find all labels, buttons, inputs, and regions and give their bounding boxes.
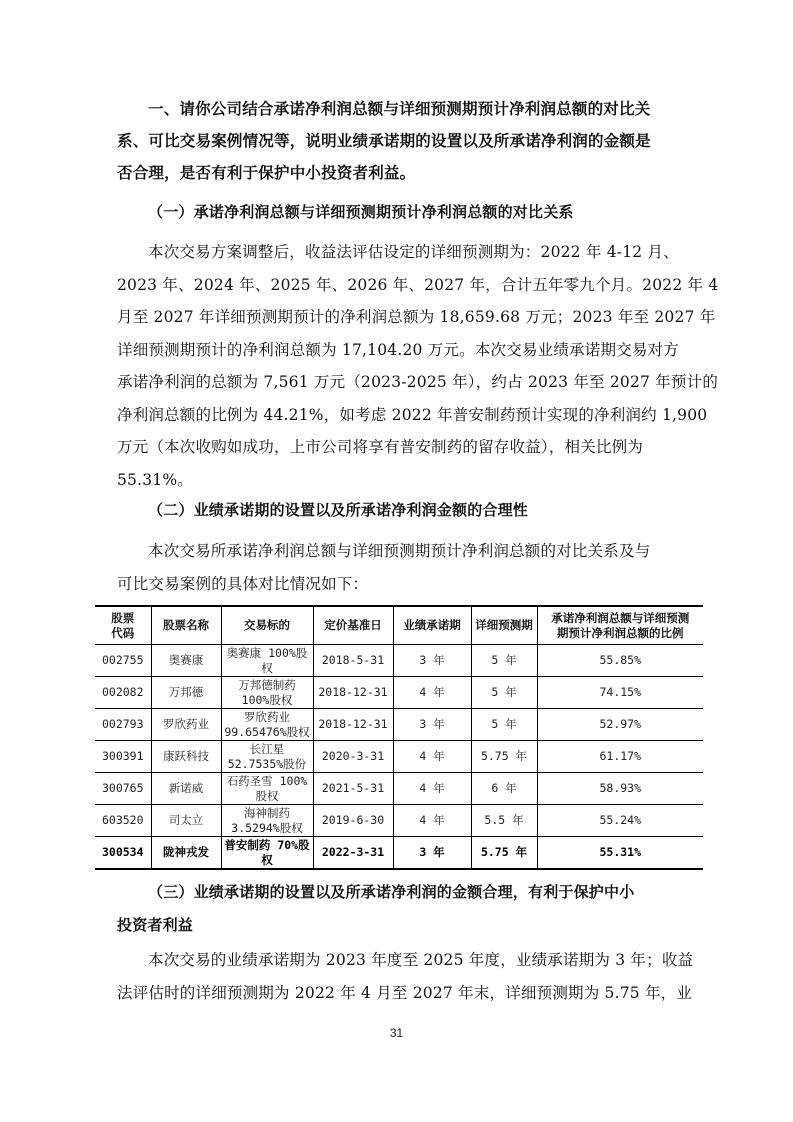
header-pricing-date: 定价基准日 (313, 606, 393, 645)
cell-ratio: 55.24% (537, 805, 703, 837)
cell-ratio: 52.97% (537, 709, 703, 741)
cell-name: 司太立 (151, 805, 221, 837)
cell-commit: 3 年 (393, 837, 471, 870)
cell-target: 长江星52.7535%股份 (221, 741, 313, 773)
document-page: 一、请你公司结合承诺净利润总额与详细预测期预计净利润总额的对比关 系、可比交易案… (0, 0, 793, 1122)
cell-target: 万邦德制药100%股权 (221, 677, 313, 709)
cell-name: 罗欣药业 (151, 709, 221, 741)
table-row: 300391 康跃科技 长江星52.7535%股份 2020-3-31 4 年 … (95, 741, 703, 773)
cell-target: 罗欣药业99.65476%股权 (221, 709, 313, 741)
cell-forecast: 5 年 (471, 709, 537, 741)
cell-commit: 4 年 (393, 773, 471, 805)
comparison-table: 股票代码 股票名称 交易标的 定价基准日 业绩承诺期 详细预测期 承诺净利润总额… (95, 605, 703, 870)
cell-target: 石药圣雪 100%股权 (221, 773, 313, 805)
question-line: 系、可比交易案例情况等，说明业绩承诺期的设置以及所承诺净利润的金额是 (117, 125, 677, 157)
question-line: 否合理，是否有利于保护中小投资者利益。 (117, 157, 677, 189)
table-row: 002793 罗欣药业 罗欣药业99.65476%股权 2018-12-31 3… (95, 709, 703, 741)
cell-target: 海神制药3.5294%股权 (221, 805, 313, 837)
cell-date: 2022-3-31 (313, 837, 393, 870)
cell-name: 康跃科技 (151, 741, 221, 773)
cell-ratio: 58.93% (537, 773, 703, 805)
cell-target: 奥赛康 100%股权 (221, 645, 313, 677)
page-number: 31 (0, 1026, 793, 1040)
table-row: 002082 万邦德 万邦德制药100%股权 2018-12-31 4 年 5 … (95, 677, 703, 709)
section-1-paragraph: 本次交易方案调整后，收益法评估设定的详细预测期为：2022 年 4-12 月、 … (117, 236, 677, 496)
table-row-current-deal: 300534 陇神戎发 普安制药 70%股权 2022-3-31 3 年 5.7… (95, 837, 703, 870)
table-row: 300765 新诺威 石药圣雪 100%股权 2021-5-31 4 年 6 年… (95, 773, 703, 805)
table-header-row: 股票代码 股票名称 交易标的 定价基准日 业绩承诺期 详细预测期 承诺净利润总额… (95, 606, 703, 645)
header-commit-period: 业绩承诺期 (393, 606, 471, 645)
section-2-paragraph: 本次交易所承诺净利润总额与详细预测期预计净利润总额的对比关系及与 可比交易案例的… (117, 535, 677, 600)
cell-date: 2021-5-31 (313, 773, 393, 805)
cell-forecast: 5 年 (471, 645, 537, 677)
cell-name: 陇神戎发 (151, 837, 221, 870)
cell-forecast: 5.75 年 (471, 741, 537, 773)
section-1-heading: （一）承诺净利润总额与详细预测期预计净利润总额的对比关系 (148, 196, 708, 229)
cell-code: 002082 (95, 677, 151, 709)
cell-forecast: 6 年 (471, 773, 537, 805)
cell-date: 2018-5-31 (313, 645, 393, 677)
cell-name: 新诺威 (151, 773, 221, 805)
header-target: 交易标的 (221, 606, 313, 645)
table-row: 603520 司太立 海神制药3.5294%股权 2019-6-30 4 年 5… (95, 805, 703, 837)
section-3-heading: （三）业绩承诺期的设置以及所承诺净利润的金额合理，有利于保护中小 投资者利益 (117, 876, 677, 941)
cell-code: 300534 (95, 837, 151, 870)
cell-date: 2018-12-31 (313, 709, 393, 741)
question-line: 一、请你公司结合承诺净利润总额与详细预测期预计净利润总额的对比关 (117, 93, 677, 125)
cell-code: 300765 (95, 773, 151, 805)
cell-ratio: 61.17% (537, 741, 703, 773)
cell-commit: 4 年 (393, 805, 471, 837)
section-3-paragraph: 本次交易的业绩承诺期为 2023 年度至 2025 年度，业绩承诺期为 3 年；… (117, 944, 677, 1009)
cell-date: 2020-3-31 (313, 741, 393, 773)
cell-ratio: 55.85% (537, 645, 703, 677)
cell-date: 2018-12-31 (313, 677, 393, 709)
cell-code: 002793 (95, 709, 151, 741)
section-2-heading: （二）业绩承诺期的设置以及所承诺净利润金额的合理性 (148, 494, 708, 527)
cell-forecast: 5 年 (471, 677, 537, 709)
table-row: 002755 奥赛康 奥赛康 100%股权 2018-5-31 3 年 5 年 … (95, 645, 703, 677)
question-heading: 一、请你公司结合承诺净利润总额与详细预测期预计净利润总额的对比关 系、可比交易案… (117, 93, 677, 189)
cell-code: 603520 (95, 805, 151, 837)
cell-ratio: 55.31% (537, 837, 703, 870)
cell-commit: 4 年 (393, 677, 471, 709)
cell-code: 002755 (95, 645, 151, 677)
cell-ratio: 74.15% (537, 677, 703, 709)
cell-forecast: 5.5 年 (471, 805, 537, 837)
header-stock-name: 股票名称 (151, 606, 221, 645)
cell-commit: 4 年 (393, 741, 471, 773)
cell-forecast: 5.75 年 (471, 837, 537, 870)
cell-commit: 3 年 (393, 645, 471, 677)
cell-name: 万邦德 (151, 677, 221, 709)
cell-date: 2019-6-30 (313, 805, 393, 837)
cell-name: 奥赛康 (151, 645, 221, 677)
header-forecast-period: 详细预测期 (471, 606, 537, 645)
cell-code: 300391 (95, 741, 151, 773)
header-ratio: 承诺净利润总额与详细预测期预计净利润总额的比例 (537, 606, 703, 645)
header-stock-code: 股票代码 (95, 606, 151, 645)
cell-target: 普安制药 70%股权 (221, 837, 313, 870)
cell-commit: 3 年 (393, 709, 471, 741)
